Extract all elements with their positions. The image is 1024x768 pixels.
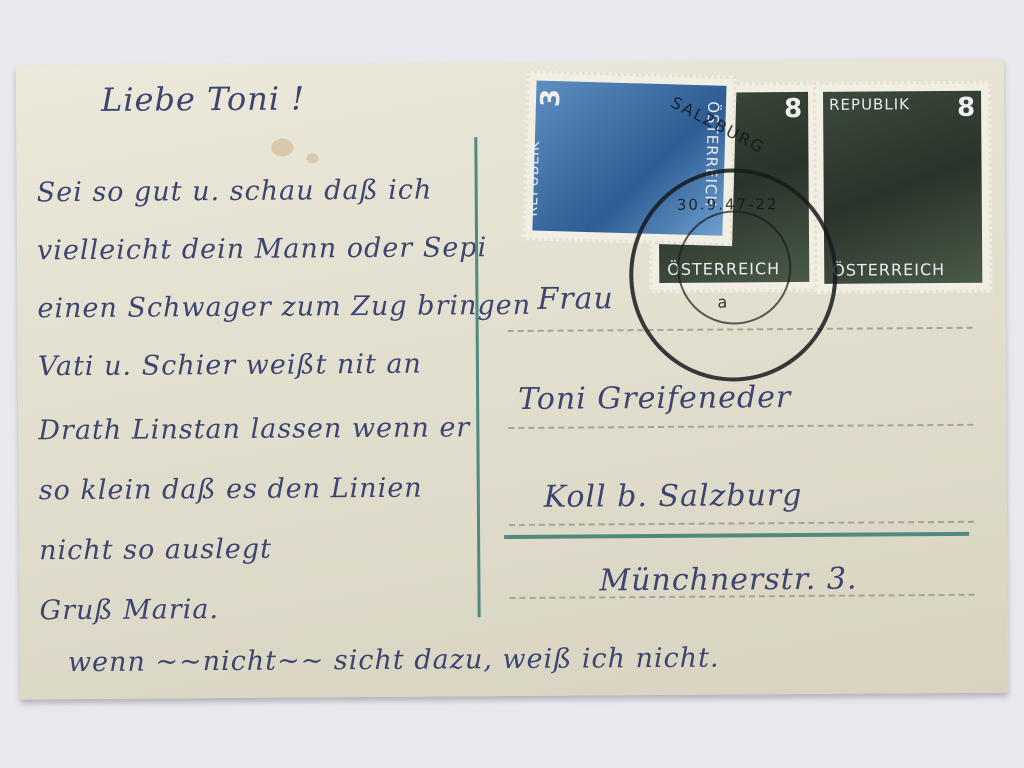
postmark-date: 30.9.47-22 <box>677 195 779 214</box>
address-name: Toni Greifeneder <box>518 380 791 417</box>
message-line: Vati u. Schier weißt nit an <box>38 349 422 383</box>
postcard: Liebe Toni ! Sei so gut u. schau daß ich… <box>16 59 1008 700</box>
address-street: Münchnerstr. 3. <box>599 562 857 599</box>
stamp-value: 3 <box>536 89 566 108</box>
address-line <box>509 521 974 526</box>
message-line: vielleicht dein Mann oder Sepi <box>37 232 487 266</box>
stamp-republik: REPUBLIK <box>525 140 543 216</box>
address-underline <box>504 532 969 539</box>
message-postscript: wenn ~~nicht~~ sicht dazu, weiß ich nich… <box>68 643 720 679</box>
message-line: nicht so auslegt <box>39 534 272 567</box>
stamp-8g-right: REPUBLIK 8 ÖSTERREICH <box>813 81 992 294</box>
age-stain <box>271 139 293 157</box>
message-line: Gruß Maria. <box>39 594 219 626</box>
postmark-inner-ring <box>677 210 792 325</box>
address-salutation: Frau <box>537 281 614 317</box>
address-line <box>510 594 975 599</box>
stamp-republik: REPUBLIK <box>829 95 910 114</box>
postmark-suffix: a <box>717 292 729 311</box>
stamp-value: 8 <box>957 93 975 123</box>
address-city: Koll b. Salzburg <box>544 478 803 515</box>
message-line: einen Schwager zum Zug bringen <box>37 290 531 324</box>
center-divider-line <box>474 137 480 617</box>
message-line: so klein daß es den Linien <box>39 473 423 507</box>
stamp-value: 8 <box>784 94 802 124</box>
message-line: Sei so gut u. schau daß ich <box>37 175 433 209</box>
age-stain <box>306 153 318 163</box>
message-line: Drath Linstan lassen wenn er <box>38 412 470 446</box>
greeting: Liebe Toni ! <box>101 79 305 118</box>
stamp-country: ÖSTERREICH <box>832 260 945 280</box>
address-line <box>508 424 973 429</box>
